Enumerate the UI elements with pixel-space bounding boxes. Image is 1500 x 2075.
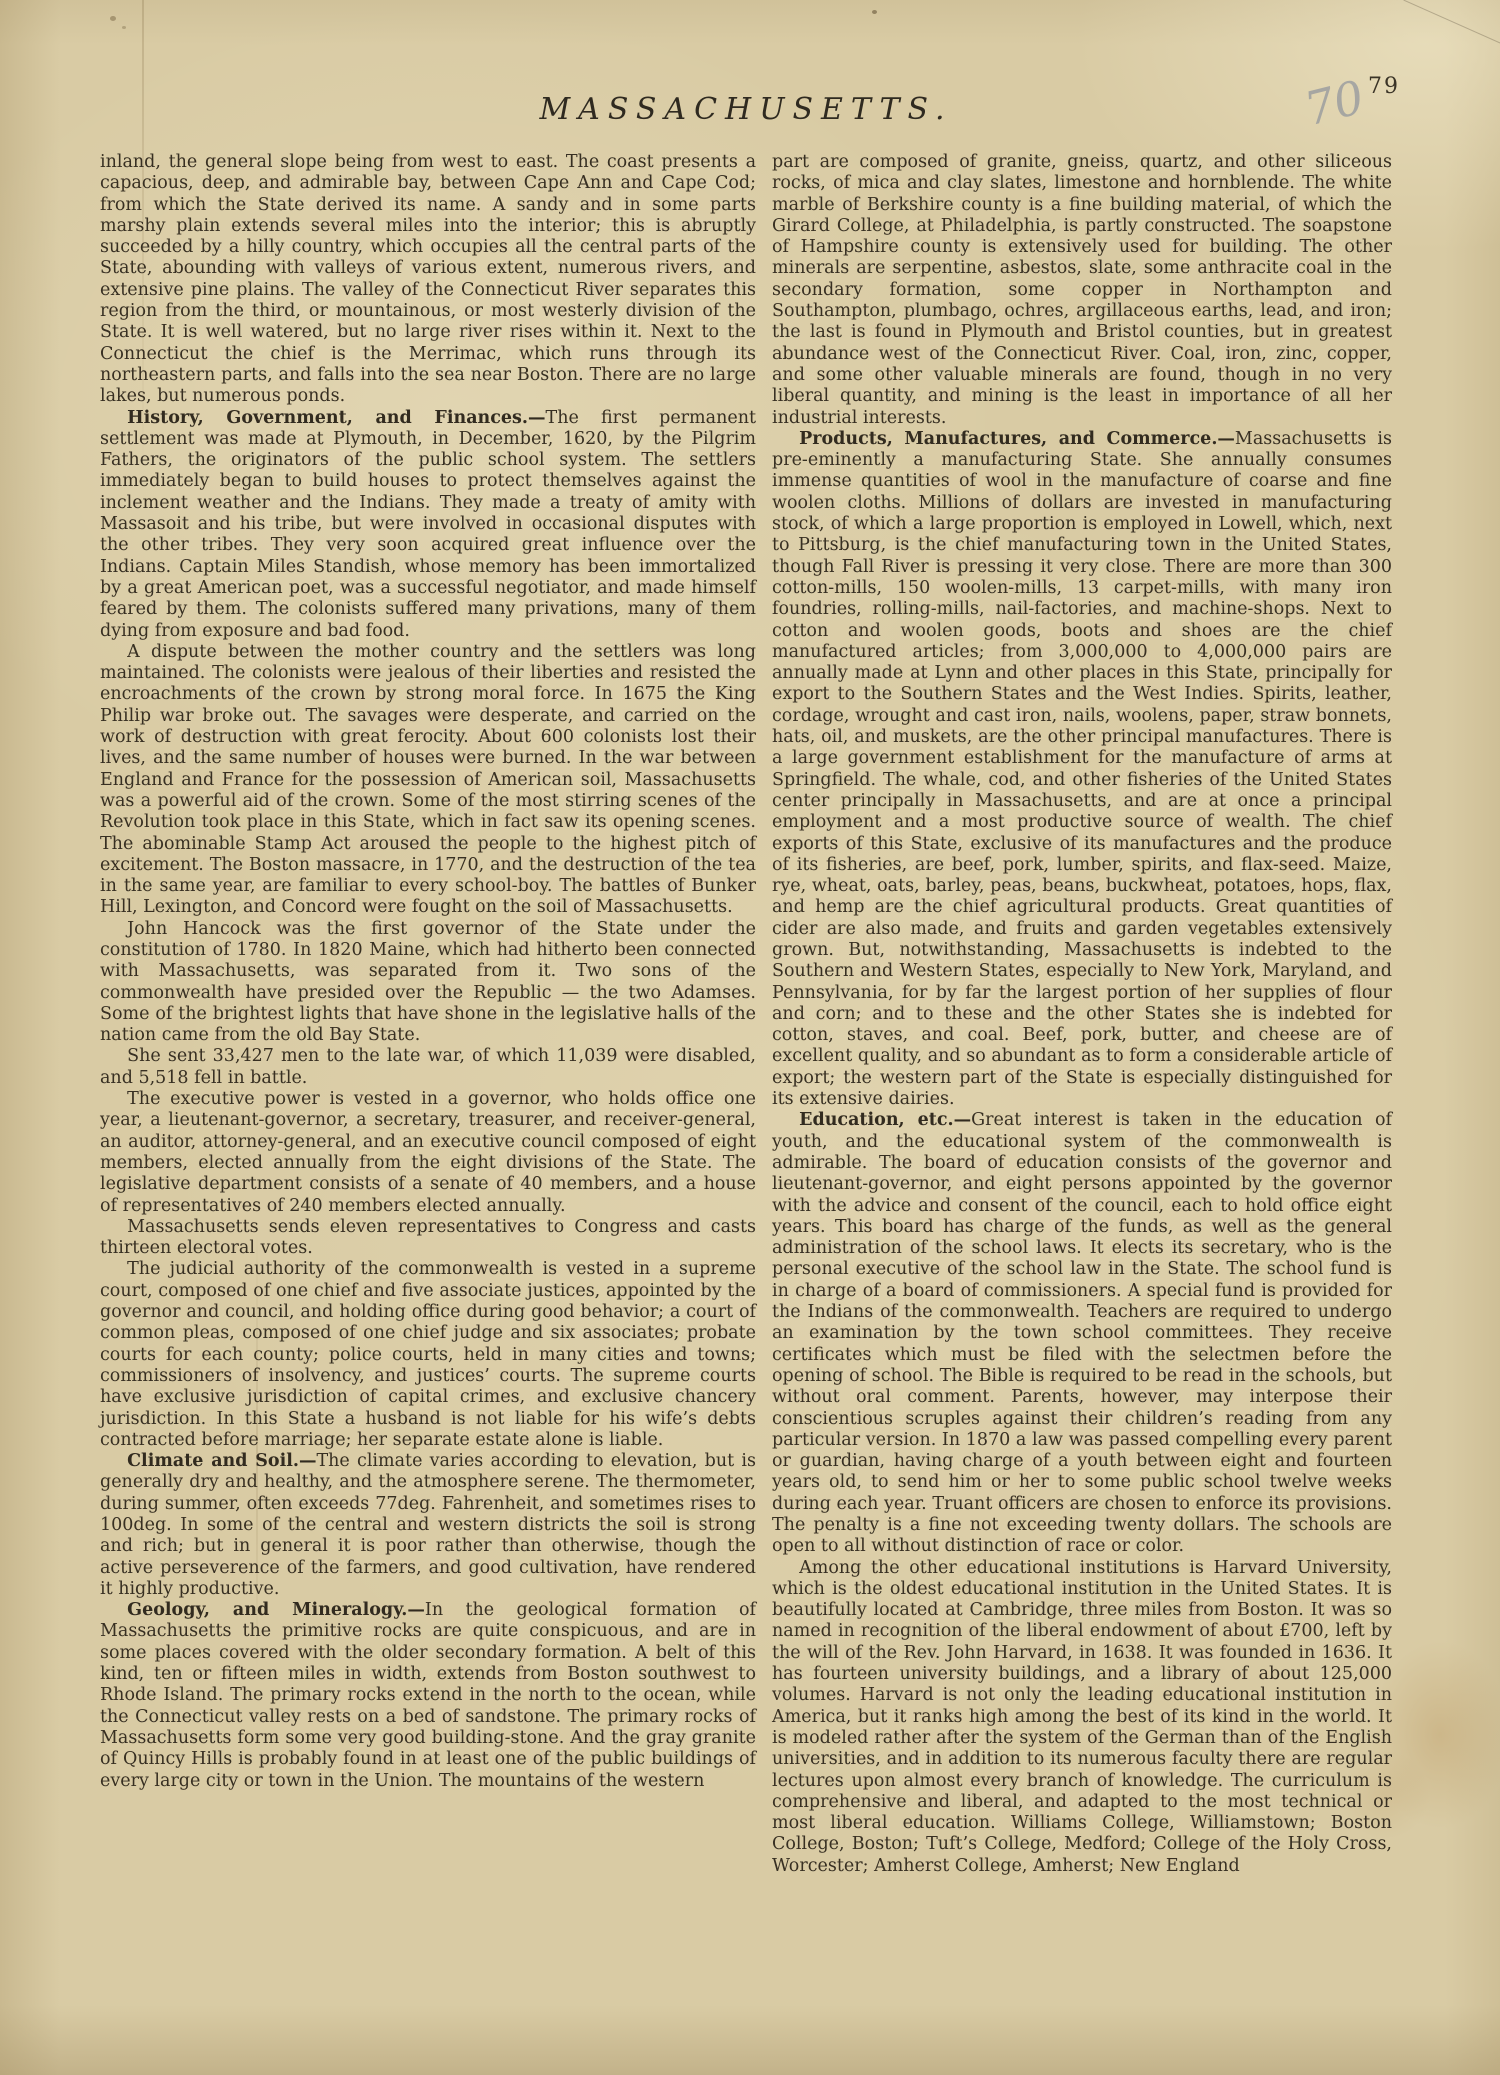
paragraph-text: The climate varies according to elevatio… [100,1451,756,1599]
paragraph-text: Massachusetts sends eleven representativ… [100,1217,756,1258]
paragraph-text: The judicial authority of the commonweal… [100,1259,756,1449]
paragraph-text: The executive power is vested in a gover… [100,1089,756,1215]
paragraph-text: inland, the general slope being from wes… [100,152,756,406]
left-column: inland, the general slope being from wes… [100,152,756,1877]
paragraph-text: Great interest is taken in the education… [772,1110,1392,1556]
paragraph-text: John Hancock was the first governor of t… [100,919,756,1045]
paragraph-text: Massachusetts is pre-eminently a manufac… [772,429,1392,1109]
right-column: part are composed of granite, gneiss, qu… [772,152,1392,1877]
paragraph-text: A dispute between the mother country and… [100,642,756,918]
text-columns: inland, the general slope being from wes… [100,152,1392,1877]
paragraph: John Hancock was the first governor of t… [100,919,756,1047]
paragraph: History, Government, and Finances.—The f… [100,408,756,642]
paragraph-text: part are composed of granite, gneiss, qu… [772,152,1392,428]
paragraph-text: Among the other educational institutions… [772,1558,1392,1876]
paragraph: Education, etc.—Great interest is taken … [772,1110,1392,1557]
page-number: 79 [1368,74,1400,99]
ink-speck [872,10,877,14]
paragraph: The executive power is vested in a gover… [100,1089,756,1217]
paragraph-text: In the geological formation of Massachus… [100,1600,756,1790]
page-title: MASSACHUSETTS. [100,92,1392,127]
paragraph: A dispute between the mother country and… [100,642,756,919]
paragraph: Geology, and Mineralogy.—In the geologic… [100,1600,756,1792]
section-heading: History, Government, and Finances.— [127,408,545,428]
paragraph-text: The first permanent settlement was made … [100,408,756,641]
paragraph: Products, Manufactures, and Commerce.—Ma… [772,429,1392,1111]
paragraph: inland, the general slope being from wes… [100,152,756,408]
section-heading: Products, Manufactures, and Commerce.— [799,429,1235,449]
paragraph-text: She sent 33,427 men to the late war, of … [100,1046,756,1087]
section-heading: Geology, and Mineralogy.— [127,1600,425,1620]
page-header: 70 MASSACHUSETTS. 79 [100,92,1392,142]
scratch-line [1403,0,1500,53]
paragraph: Among the other educational institutions… [772,1558,1392,1877]
section-heading: Education, etc.— [799,1110,971,1130]
ink-speck [122,26,126,29]
book-page: 70 MASSACHUSETTS. 79 inland, the general… [0,0,1500,2075]
ink-speck [110,16,116,21]
paragraph: Massachusetts sends eleven representativ… [100,1217,756,1260]
paragraph: The judicial authority of the commonweal… [100,1259,756,1451]
paragraph: part are composed of granite, gneiss, qu… [772,152,1392,429]
paragraph: She sent 33,427 men to the late war, of … [100,1046,756,1089]
section-heading: Climate and Soil.— [127,1451,316,1471]
paragraph: Climate and Soil.—The climate varies acc… [100,1451,756,1600]
